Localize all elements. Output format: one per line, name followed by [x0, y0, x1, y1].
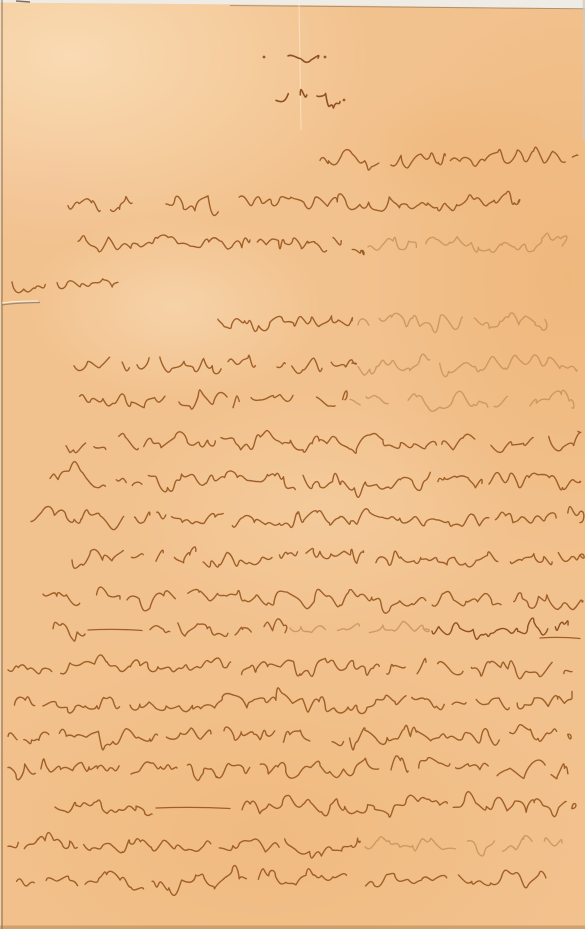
ink-line-3 — [68, 191, 520, 215]
ink-line-15 — [8, 655, 572, 679]
ink-line-0-invocation-mark — [263, 55, 327, 62]
scanned-letter-photo — [0, 0, 585, 929]
ink-line-5 — [12, 279, 118, 293]
ink-script-stroke — [8, 833, 360, 859]
ink-script-stroke — [12, 279, 118, 293]
ink-script-stroke — [242, 792, 576, 817]
ink-script-stroke — [8, 655, 572, 679]
ink-line-7 — [74, 354, 577, 376]
ink-script-stroke — [78, 235, 364, 255]
ink-line-11 — [31, 507, 584, 530]
ink-script-stroke — [432, 618, 568, 639]
ink-script-stroke — [68, 197, 132, 212]
ink-line-9 — [66, 431, 581, 454]
ink-dot — [263, 56, 266, 59]
ink-line-6 — [218, 313, 547, 333]
ink-script-stroke — [218, 316, 352, 332]
ink-dot — [343, 99, 346, 102]
ink-script-stroke — [53, 622, 85, 641]
ink-script-stroke — [290, 621, 429, 632]
ink-script-stroke — [320, 147, 578, 170]
ink-script-stroke — [74, 355, 356, 373]
ink-dash-rule — [156, 807, 230, 808]
ink-line-2 — [320, 147, 578, 170]
ink-line-14 — [53, 618, 580, 641]
ink-line-16 — [14, 688, 572, 714]
ink-script-stroke — [66, 431, 581, 454]
ink-line-8 — [80, 390, 574, 411]
ink-dash-rule — [540, 637, 580, 638]
ink-script-stroke — [127, 589, 583, 613]
ink-line-20 — [8, 833, 562, 859]
ink-script-stroke — [14, 688, 572, 714]
ink-script-stroke — [72, 547, 584, 568]
ink-line-21 — [17, 866, 546, 896]
ink-script-stroke — [276, 90, 340, 108]
ink-line-10 — [50, 462, 581, 498]
ink-dot — [324, 56, 327, 59]
ink-line-17 — [8, 725, 571, 750]
ink-line-1-heading — [276, 90, 345, 108]
ink-script-stroke — [358, 354, 577, 376]
handwriting-ink-layer — [0, 0, 585, 929]
ink-line-13 — [43, 587, 583, 613]
ink-line-18 — [8, 756, 568, 781]
ink-script-stroke — [8, 725, 571, 750]
ink-script-stroke — [43, 587, 120, 605]
ink-script-stroke — [55, 800, 152, 815]
ink-script-stroke — [17, 866, 546, 896]
ink-script-stroke — [8, 756, 568, 781]
ink-line-19 — [55, 792, 576, 817]
ink-script-stroke — [150, 619, 287, 637]
ink-line-12 — [72, 547, 584, 568]
ink-line-4 — [78, 233, 567, 254]
ink-script-stroke — [80, 390, 348, 409]
ink-script-stroke — [31, 507, 584, 530]
ink-dash-rule — [88, 629, 142, 630]
ink-script-stroke — [288, 55, 319, 62]
ink-script-stroke — [50, 462, 581, 498]
ink-script-stroke — [350, 390, 574, 411]
ink-script-stroke — [358, 313, 547, 333]
ink-script-stroke — [365, 836, 562, 856]
ink-script-stroke — [368, 233, 567, 252]
ink-script-stroke — [166, 191, 520, 215]
